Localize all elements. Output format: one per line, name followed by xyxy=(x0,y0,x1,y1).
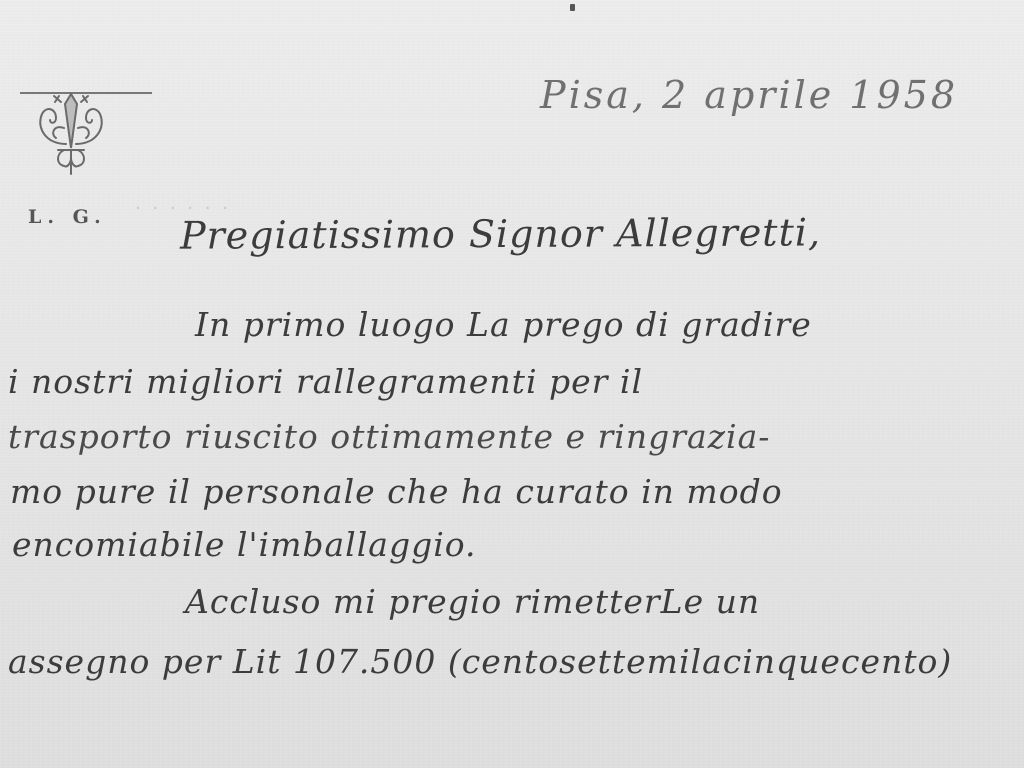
body-line-6: Accluso mi pregio rimetterLe un xyxy=(185,585,760,618)
body-line-4: mo pure il personale che ha curato in mo… xyxy=(10,475,783,508)
body-line-5: encomiabile l'imballaggio. xyxy=(12,528,477,561)
fleur-de-lis-icon xyxy=(26,88,116,180)
salutation: Pregiatissimo Signor Allegretti, xyxy=(180,213,821,254)
place-date: Pisa, 2 aprile 1958 xyxy=(540,76,958,114)
body-line-7: assegno per Lit 107.500 (centosettemilac… xyxy=(8,645,952,678)
letter-page: L. G. · · · · · · Pisa, 2 aprile 1958 Pr… xyxy=(0,0,1024,768)
punch-hole xyxy=(570,4,575,11)
letterhead-monogram: L. G. xyxy=(28,206,107,228)
body-line-1: In primo luogo La prego di gradire xyxy=(195,308,812,341)
body-line-2: i nostri migliori rallegramenti per il xyxy=(8,365,643,398)
body-line-3: trasporto riuscito ottimamente e ringraz… xyxy=(8,420,770,453)
